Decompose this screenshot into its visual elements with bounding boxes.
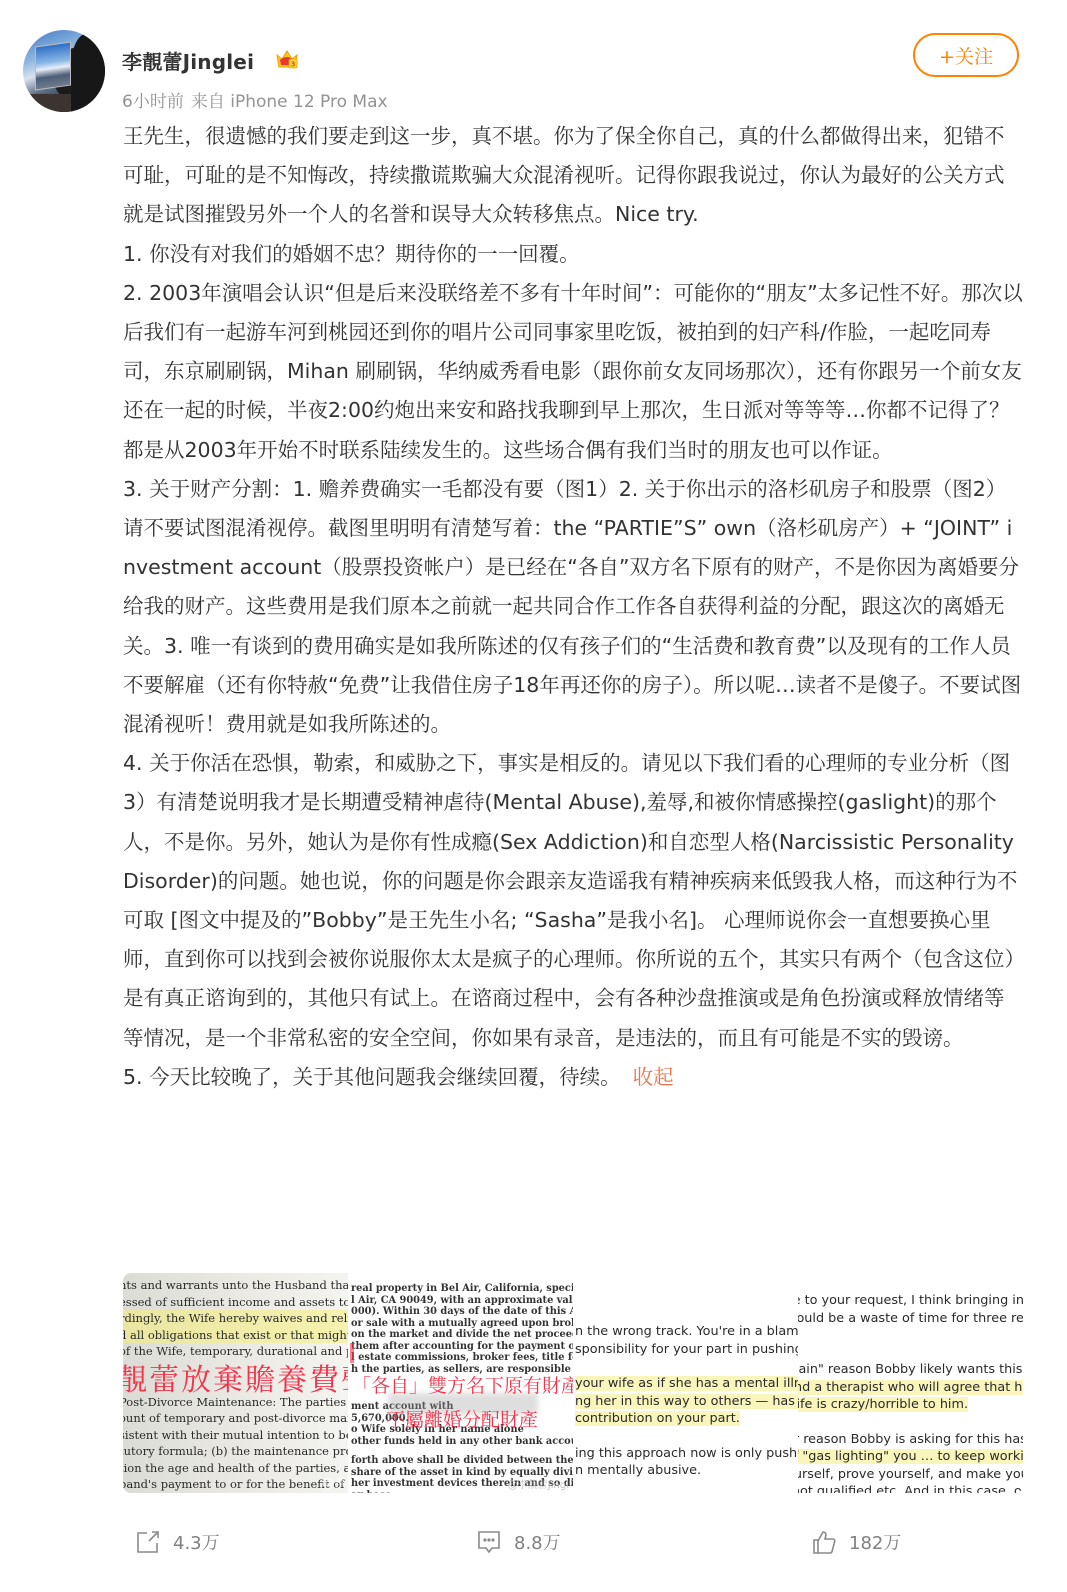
doc-line-highlighted: find a therapist who will agree that he [798,1380,1023,1395]
post-action-bar: 4.3万 8.8万 182万 [0,1513,1067,1592]
comment-count: 8.8万 [514,1529,561,1555]
doc-line: ourself, prove yourself, and make you [798,1466,1023,1484]
vip-crown-icon[interactable]: 3 [275,48,299,70]
doc-line: sistent with their mutual intention to b… [123,1427,348,1444]
doc-line: l Air, CA 90049, with an approximate val… [351,1295,573,1307]
doc-line: l estate commissions, broker fees, title… [351,1352,573,1364]
doc-line-highlighted: of "gas lighting" you … to keep workin [798,1449,1023,1464]
post-paragraph-intro: 王先生，很遗憾的我们要走到这一步，真不堪。你为了保全你自己，真的什么都做得出来，… [123,117,1023,235]
doc-line-highlighted: rdingly, the Wife hereby waives and reli… [123,1310,348,1327]
svg-text:3: 3 [291,61,296,69]
image-red-caption: 不屬離婚分配財產 [386,1405,538,1432]
author-name[interactable]: 李靚蕾Jinglei [122,46,254,75]
post-time[interactable]: 6小时前 [122,92,184,112]
doc-line: them after accounting for the payment of… [351,1341,573,1353]
post-paragraph-2: 2. 2003年演唱会认识“但是后来没联络差不多有十年时间”：可能你的“朋友”太… [123,274,1023,470]
repost-button[interactable]: 4.3万 [135,1527,220,1557]
comment-button[interactable]: 8.8万 [476,1527,561,1557]
image-thumbnail-4[interactable]: se to your request, I think bringing in … [798,1273,1023,1493]
doc-line: n the wrong track. You're in a blame [575,1323,798,1341]
doc-line: n mentally abusive. [575,1462,798,1480]
repost-count: 4.3万 [173,1529,220,1555]
post-header: 李靚蕾Jinglei 3 6小时前来自 iPhone 12 Pro Max +关… [0,0,1067,118]
collapse-link[interactable]: 收起 [633,1065,674,1089]
doc-line: ount of temporary and post-divorce maint… [123,1410,348,1427]
doc-line: real property in Bel Air, California, sp… [351,1283,573,1295]
like-count: 182万 [849,1529,901,1555]
doc-line: ing this approach now is only pushing [575,1445,798,1463]
comment-icon [476,1529,502,1555]
repost-icon [135,1529,161,1555]
post-meta: 6小时前来自 iPhone 12 Pro Max [122,87,395,112]
image-thumbnail-1[interactable]: nts and warrants unto the Husband that s… [123,1273,348,1493]
post-paragraph-4: 4. 关于你活在恐惧，勒索，和威胁之下，事实是相反的。请见以下我们看的心理师的专… [123,744,1023,1058]
doc-line: band's payment to or for the benefit of … [123,1476,348,1493]
doc-line: nts and warrants unto the Husband that s… [123,1277,348,1294]
doc-line: other funds held in any other bank accou… [351,1436,573,1448]
post-paragraph-5: 5. 今天比较晚了，关于其他问题我会继续回覆，待续。收起 [123,1058,1023,1097]
image-red-caption: 靚蕾放棄贍養費聲明 [123,1355,348,1399]
doc-line: or sale with a mutually agreed upon brok… [351,1318,573,1330]
doc-line: main" reason Bobby likely wants this is [798,1361,1023,1379]
image-thumbnail-3[interactable]: n the wrong track. You're in a blame spo… [573,1273,798,1493]
image-gallery: nts and warrants unto the Husband that s… [123,1273,1023,1493]
doc-line: tutory formula; (b) the maintenance prov… [123,1443,348,1460]
weibo-watermark: @李 [322,1474,346,1491]
avatar-person-silhouette [71,34,105,112]
avatar[interactable] [23,30,105,112]
follow-button[interactable]: +关注 [913,33,1019,77]
doc-line-highlighted: ng her in this way to others — has be [575,1394,798,1409]
post-body: 王先生，很遗憾的我们要走到这一步，真不堪。你为了保全你自己，真的什么都做得出来，… [123,117,1023,1097]
post-source: 来自 iPhone 12 Pro Max [191,92,388,112]
doc-line-highlighted: contribution on your part. [575,1411,740,1426]
doc-line: er reason Bobby is asking for this has [798,1431,1023,1449]
doc-line: forth above shall be divided between the… [351,1455,573,1467]
post-paragraph-1: 1. 你没有对我们的婚姻不忠？期待你的一一回覆。 [123,235,1023,274]
doc-line: would be a waste of time for three rea [798,1310,1023,1328]
doc-line-highlighted: d all obligations that exist or that mig… [123,1327,348,1344]
doc-line-highlighted: your wife as if she has a mental illne [575,1376,798,1391]
doc-line: sponsibility for your part in pushing S [575,1341,798,1359]
doc-line: 000). Within 30 days of the date of this… [351,1306,573,1318]
post-paragraph-5-text: 5. 今天比较晚了，关于其他问题我会继续回覆，待续。 [123,1065,621,1089]
doc-line-highlighted: wife is crazy/horrible to him. [798,1397,968,1412]
avatar-painting-image [35,41,71,90]
like-button[interactable]: 182万 [811,1527,901,1557]
weibo-watermark: @李靚蕾Jingl [508,1476,569,1491]
doc-line: essed of sufficient income and assets to… [123,1294,348,1311]
doc-line: rticle VII; and (d) the assets that each… [123,1493,348,1494]
doc-line: tion the age and health of the parties, … [123,1460,348,1477]
doc-line: on the market and divide the net proceed… [351,1329,573,1341]
doc-line: se to your request, I think bringing in … [798,1292,1023,1310]
decorative-mark [350,1343,354,1363]
thumbs-up-icon [811,1529,837,1555]
image-red-caption: 「各自」雙方名下原有財產 [352,1371,573,1398]
post-paragraph-3: 3. 关于财产分割：1. 赡养费确实一毛都没有要（图1）2. 关于你出示的洛杉矶… [123,470,1023,744]
image-thumbnail-2[interactable]: real property in Bel Air, California, sp… [348,1273,573,1493]
doc-line: "not qualified etc. And in this case, o [798,1483,1023,1493]
